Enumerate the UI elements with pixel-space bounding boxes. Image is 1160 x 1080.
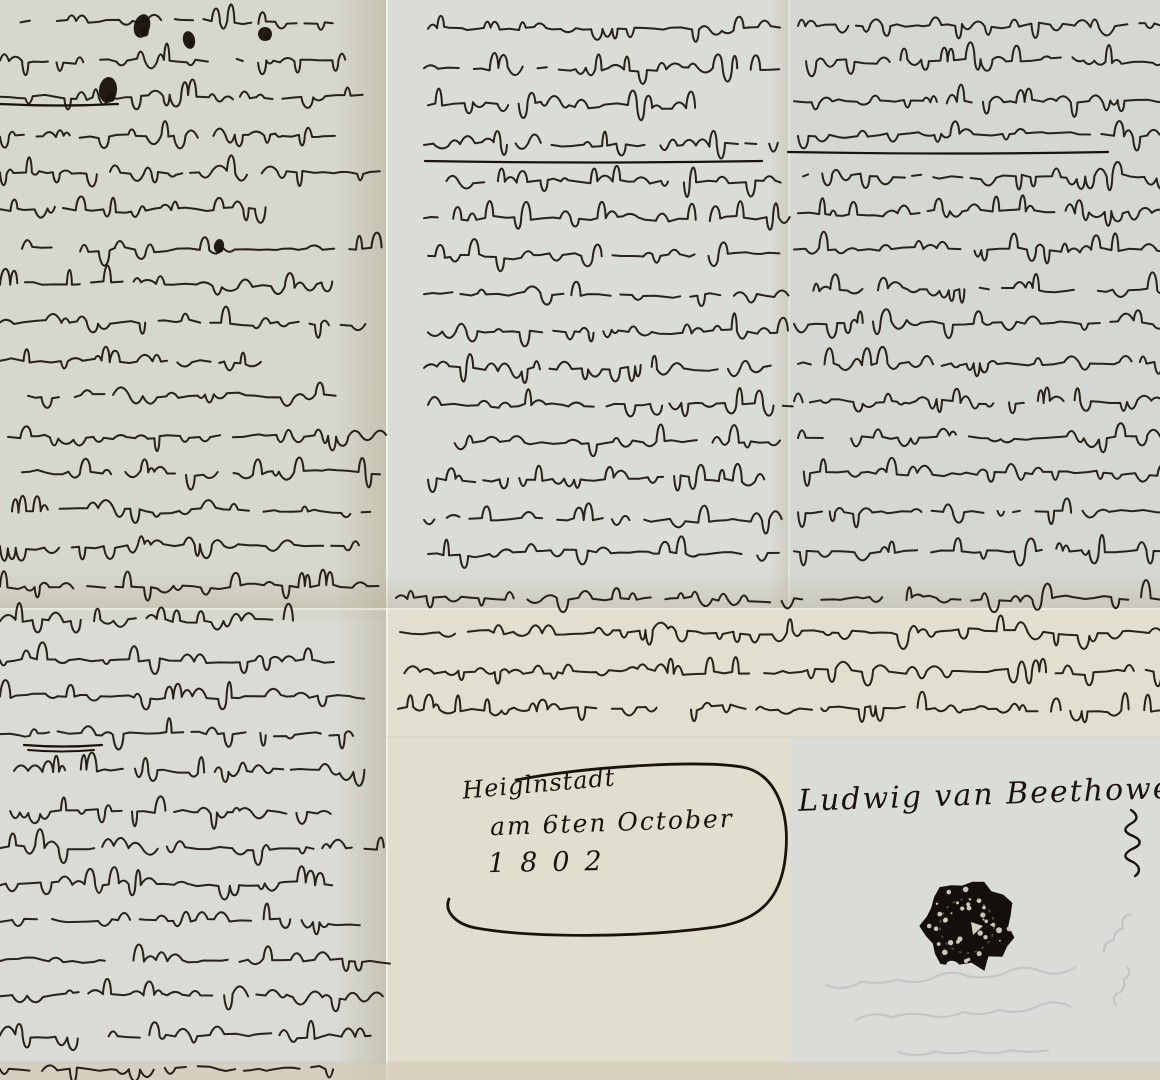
wax-seal-speckle	[956, 940, 960, 944]
wax-seal-speckle	[991, 923, 995, 927]
wax-seal-speckle	[980, 912, 985, 917]
wax-seal-speckle	[1007, 926, 1012, 931]
paper-panel-middle-top	[386, 0, 788, 608]
wax-seal-speckle	[934, 927, 939, 932]
ink-blot-satellite	[142, 27, 149, 37]
wax-seal-speckle	[942, 950, 948, 956]
wax-seal-speckle	[999, 940, 1001, 942]
wax-seal-speckle	[977, 898, 982, 903]
wax-seal-speckle	[983, 935, 987, 939]
wax-seal-speckle	[937, 912, 942, 917]
ink-blot-satellite	[189, 41, 194, 48]
wax-seal-speckle	[984, 920, 988, 924]
wax-seal-speckle	[937, 942, 941, 946]
wax-seal-speckle	[943, 919, 947, 923]
wax-seal-speckle	[967, 906, 972, 911]
paper-panel-left-top	[0, 0, 386, 620]
wax-seal-speckle	[978, 930, 983, 935]
wax-seal-speckle	[982, 906, 986, 910]
wax-seal-speckle	[956, 901, 959, 904]
wax-seal-speckle	[951, 912, 953, 914]
wax-seal-speckle	[996, 927, 1002, 933]
fold-shadow-horizontal	[0, 572, 1160, 608]
paper-panel-right-top	[788, 0, 1160, 608]
wax-seal-speckle	[927, 924, 932, 929]
ink-blot-satellite	[265, 35, 271, 41]
wax-seal-speckle	[947, 890, 952, 895]
wax-seal-speckle	[977, 951, 982, 956]
dateline-year: 1802	[488, 848, 617, 877]
fold-shadow-vertical-2	[770, 0, 788, 608]
wax-seal-speckle	[960, 906, 964, 910]
manuscript-scan: Heiglnstadt am 6ten October 1802 Ludwig …	[0, 0, 1160, 1080]
wax-seal-speckle	[948, 940, 953, 945]
fold-shadow-vertical-1	[336, 0, 386, 1080]
manuscript-artwork	[0, 0, 1160, 1080]
wax-seal-speckle	[983, 919, 985, 921]
wax-seal-speckle	[969, 898, 971, 900]
wax-seal-speckle	[966, 902, 970, 906]
ink-blot-satellite	[108, 91, 116, 101]
wax-seal-speckle	[963, 887, 969, 893]
ink-blot-satellite	[219, 247, 224, 253]
wax-seal-speckle	[936, 903, 938, 905]
wax-seal-speckle	[964, 959, 968, 963]
